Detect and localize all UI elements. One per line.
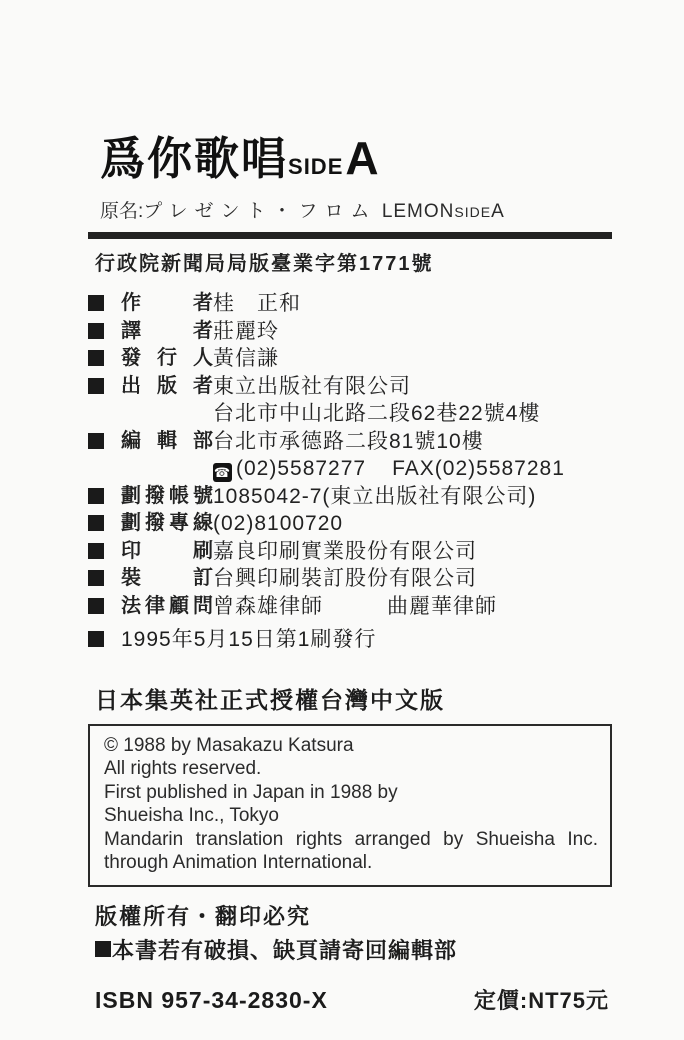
square-bullet-icon — [88, 488, 104, 504]
row-label: 編輯部 — [121, 429, 213, 455]
row-value: 1085042-7(東立出版社有限公司) — [213, 484, 614, 510]
square-bullet-icon — [88, 350, 104, 366]
row-value: 東立出版社有限公司 — [213, 374, 614, 400]
price: 定價:NT75元 — [474, 984, 609, 1015]
isbn-price-row: ISBN 957-34-2830-X 定價:NT75元 — [95, 984, 619, 1015]
original-title-katakana: プレゼント・フロム — [143, 201, 376, 222]
row-publisher: 出版者 東立出版社有限公司 — [88, 374, 614, 402]
row-print-date: 1995年5月15日第1刷發行 — [88, 627, 614, 655]
lawyer-2: 曲麗華律師 — [387, 595, 497, 618]
book-title-side: SIDE — [288, 154, 343, 179]
row-label: 出版者 — [121, 374, 213, 400]
original-title-a: A — [491, 201, 504, 222]
square-bullet-icon — [88, 570, 104, 586]
row-postal-hotline: 劃撥專線 (02)8100720 — [88, 511, 614, 539]
row-label: 劃撥帳號 — [121, 484, 213, 510]
square-bullet-icon — [88, 515, 104, 531]
row-value: 桂 正和 — [213, 291, 614, 317]
row-value: 黃信謙 — [213, 346, 614, 372]
square-bullet-icon — [88, 378, 104, 394]
row-author: 作者 桂 正和 — [88, 291, 614, 319]
row-editorial-phone: ☎(02)5587277FAX(02)5587281 — [88, 456, 614, 484]
square-bullet-icon — [95, 941, 111, 957]
row-publisher-address: 台北市中山北路二段62巷22號4樓 — [88, 401, 614, 429]
row-label: 發行人 — [121, 346, 213, 372]
colophon-rows: 作者 桂 正和 譯者 莊麗玲 發行人 黃信謙 出版者 東立出版社有限公司 — [88, 291, 614, 655]
isbn-number: ISBN 957-34-2830-X — [95, 987, 328, 1014]
row-value: 台北市中山北路二段62巷22號4樓 — [213, 401, 614, 427]
row-label: 印刷 — [121, 539, 213, 565]
damage-return-notice: 本書若有破損、缺頁請寄回編輯部 — [95, 934, 614, 965]
book-title-cjk: 爲你歌唱 — [100, 133, 288, 184]
colophon-page: 爲你歌唱SIDEA 原名:プレゼント・フロム LEMONSIDEA 行政院新聞局… — [0, 0, 684, 1040]
book-title-a: A — [345, 132, 378, 184]
damage-return-text: 本書若有破損、缺頁請寄回編輯部 — [112, 934, 457, 965]
row-postal-account: 劃撥帳號 1085042-7(東立出版社有限公司) — [88, 484, 614, 512]
copyright-line: All rights reserved. — [104, 757, 598, 781]
telephone-icon: ☎ — [213, 463, 232, 482]
row-translator: 譯者 莊麗玲 — [88, 319, 614, 347]
square-bullet-icon — [88, 631, 104, 647]
copyright-line: Shueisha Inc., Tokyo — [104, 804, 598, 828]
row-label: 裝訂 — [121, 566, 213, 592]
row-printer: 印刷 嘉良印刷實業股份有限公司 — [88, 539, 614, 567]
copyright-box: © 1988 by Masakazu Katsura All rights re… — [88, 724, 612, 887]
row-value: 台北市承德路二段81號10樓 — [213, 429, 614, 455]
original-title-label: 原名: — [100, 201, 143, 222]
row-legal-advisors: 法律顧問 曾森雄律師曲麗華律師 — [88, 594, 614, 622]
row-binder: 裝訂 台興印刷裝訂股份有限公司 — [88, 566, 614, 594]
square-bullet-icon — [88, 295, 104, 311]
original-title-side: SIDE — [454, 204, 491, 220]
license-statement: 日本集英社正式授權台灣中文版 — [95, 682, 614, 715]
row-label: 劃撥專線 — [121, 511, 213, 537]
row-value: (02)8100720 — [213, 511, 614, 537]
copyright-line: © 1988 by Masakazu Katsura — [104, 734, 598, 758]
phone-number: (02)5587277 — [236, 457, 366, 480]
rights-claim: 版權所有・翻印必究 — [95, 900, 614, 931]
row-value: 台興印刷裝訂股份有限公司 — [213, 566, 614, 592]
copyright-line: First published in Japan in 1988 by — [104, 781, 598, 805]
row-value: 莊麗玲 — [213, 319, 614, 345]
row-label: 作者 — [121, 291, 213, 317]
print-date: 1995年5月15日第1刷發行 — [121, 627, 376, 653]
lawyer-1: 曾森雄律師 — [213, 595, 323, 618]
book-title: 爲你歌唱SIDEA — [100, 122, 614, 187]
copyright-line: Mandarin translation rights arranged by … — [104, 828, 598, 852]
square-bullet-icon — [88, 433, 104, 449]
copyright-line: through Animation International. — [104, 851, 598, 875]
original-title-lemon: LEMON — [382, 201, 455, 222]
original-title: 原名:プレゼント・フロム LEMONSIDEA — [100, 196, 614, 223]
square-bullet-icon — [88, 598, 104, 614]
row-label: 法律顧問 — [121, 594, 213, 620]
square-bullet-icon — [88, 323, 104, 339]
square-bullet-icon — [88, 543, 104, 559]
registration-number: 行政院新聞局局版臺業字第1771號 — [95, 247, 614, 276]
row-publisher-person: 發行人 黃信謙 — [88, 346, 614, 374]
row-value: 嘉良印刷實業股份有限公司 — [213, 539, 614, 565]
row-label: 譯者 — [121, 319, 213, 345]
fax-number: FAX(02)5587281 — [392, 457, 565, 480]
row-editorial-dept: 編輯部 台北市承德路二段81號10樓 — [88, 429, 614, 457]
divider-rule — [88, 232, 612, 239]
